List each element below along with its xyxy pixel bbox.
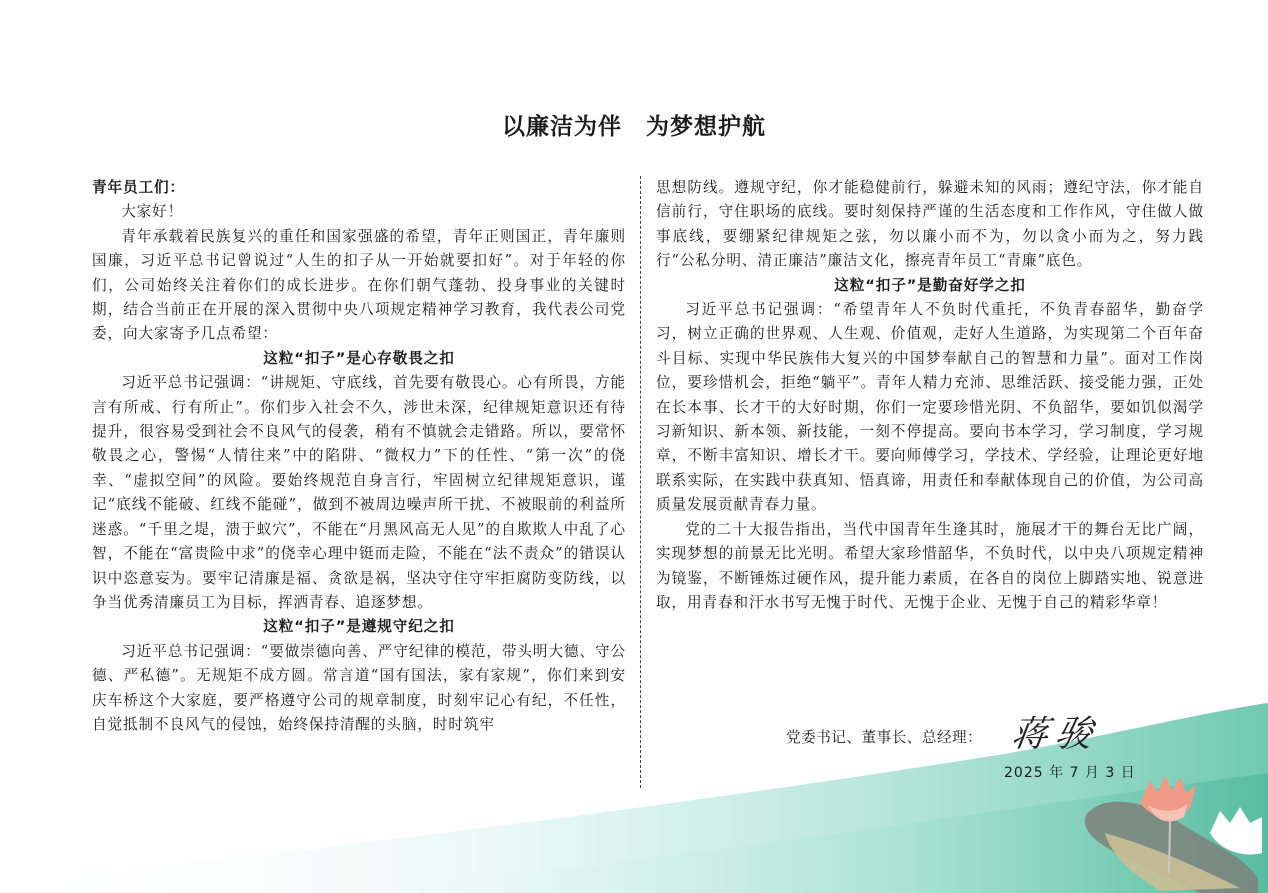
section-body-reverence: 习近平总书记强调：“讲规矩、守底线，首先要有敬畏心。心有所畏，方能言有所戒、行有…: [92, 371, 626, 615]
pink-lotus-icon: [1140, 775, 1196, 873]
lotus-leaf-icon: [1085, 802, 1258, 893]
intro-paragraph: 青年承载着民族复兴的重任和国家强盛的希望，青年正则国正，青年廉则国廉，习近平总书…: [92, 225, 626, 347]
section-heading-diligence: 这粒“扣子”是勤奋好学之扣: [656, 274, 1204, 298]
right-column: 思想防线。遵规守纪，你才能稳健前行，躲避未知的风雨；遵纪守法，你才能自信前行，守…: [656, 176, 1204, 615]
white-lotus-icon: [1210, 807, 1262, 855]
section-body-diligence: 习近平总书记强调：“希望青年人不负时代重托，不负青春韶华，勤奋学习，树立正确的世…: [656, 298, 1204, 518]
salutation: 青年员工们：: [92, 176, 626, 200]
letter-page: 以廉洁为伴 为梦想护航 青年员工们： 大家好！ 青年承载着民族复兴的重任和国家强…: [0, 0, 1268, 893]
section-body-discipline-part2: 思想防线。遵规守纪，你才能稳健前行，躲避未知的风雨；遵纪守法，你才能自信前行，守…: [656, 176, 1204, 274]
column-divider: [640, 176, 641, 788]
closing-paragraph: 党的二十大报告指出，当代中国青年生逢其时，施展才干的舞台无比广阔，实现梦想的前景…: [656, 518, 1204, 616]
signature-date: 2025 年 7 月 3 日: [1004, 762, 1136, 782]
greeting: 大家好！: [92, 200, 626, 224]
section-body-discipline-part1: 习近平总书记强调：“要做崇德向善、严守纪律的模范，带头明大德、守公德、严私德”。…: [92, 640, 626, 738]
signatory-title: 党委书记、董事长、总经理：: [786, 726, 982, 747]
left-column: 青年员工们： 大家好！ 青年承载着民族复兴的重任和国家强盛的希望，青年正则国正，…: [92, 176, 626, 737]
document-title: 以廉洁为伴 为梦想护航: [0, 108, 1268, 141]
section-heading-discipline: 这粒“扣子”是遵规守纪之扣: [92, 615, 626, 639]
section-heading-reverence: 这粒“扣子”是心存敬畏之扣: [92, 347, 626, 371]
handwritten-signature: 蒋骏: [1008, 706, 1103, 757]
